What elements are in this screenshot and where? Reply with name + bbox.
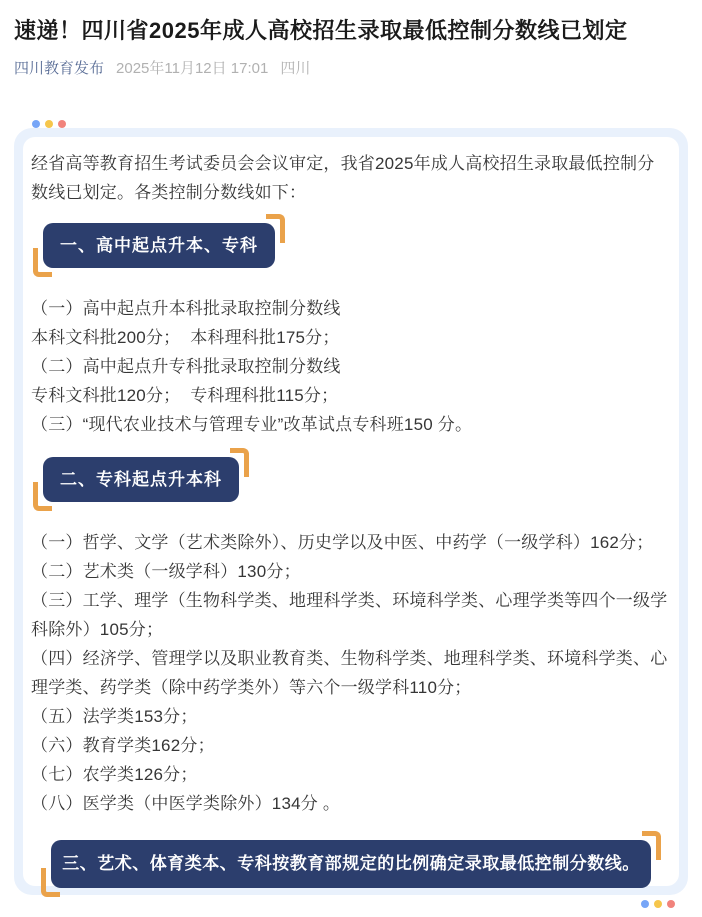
yellow-dot-icon bbox=[45, 120, 53, 128]
section3-banner-label: 三、艺术、体育类本、专科按教育部规定的比例确定录取最低控制分数线。 bbox=[51, 840, 651, 888]
section3-banner: 三、艺术、体育类本、专科按教育部规定的比例确定录取最低控制分数线。 bbox=[51, 840, 651, 888]
content-card-inner: 经省高等教育招生考试委员会会议审定，我省2025年成人高校招生录取最低控制分数线… bbox=[23, 137, 679, 886]
red-dot-icon bbox=[58, 120, 66, 128]
section2-heading: 二、专科起点升本科 bbox=[43, 457, 239, 502]
section2-item: （七）农学类126分； bbox=[31, 760, 671, 789]
red-dot-icon bbox=[667, 900, 675, 908]
section2-body: （一）哲学、文学（艺术类除外）、历史学以及中医、中药学（一级学科）162分； （… bbox=[31, 528, 671, 818]
section1-line: 本科文科批200分； 本科理科批175分； bbox=[31, 323, 671, 352]
article-page: 速递！四川省2025年成人高校招生录取最低控制分数线已划定 四川教育发布 202… bbox=[0, 16, 702, 908]
section2-item: （三）工学、理学（生物科学类、地理科学类、环境科学类、心理学类等四个一级学科除外… bbox=[31, 586, 671, 644]
blue-dot-icon bbox=[641, 900, 649, 908]
section2-item: （四）经济学、管理学以及职业教育类、生物科学类、地理科学类、环境科学类、心理学类… bbox=[31, 644, 671, 702]
section2-heading-label: 二、专科起点升本科 bbox=[43, 457, 239, 502]
section2-item: （八）医学类（中医学类除外）134分 。 bbox=[31, 789, 671, 818]
section1-line: 专科文科批120分； 专科理科批115分； bbox=[31, 381, 671, 410]
section2-item: （二）艺术类（一级学科）130分； bbox=[31, 557, 671, 586]
section1-heading-label: 一、高中起点升本、专科 bbox=[43, 223, 275, 268]
section1-body: （一）高中起点升本科批录取控制分数线 本科文科批200分； 本科理科批175分；… bbox=[31, 294, 671, 439]
decor-dots-top bbox=[14, 120, 688, 128]
section1-heading: 一、高中起点升本、专科 bbox=[43, 223, 275, 268]
publish-location: 四川 bbox=[280, 58, 310, 80]
blue-dot-icon bbox=[32, 120, 40, 128]
page-title: 速递！四川省2025年成人高校招生录取最低控制分数线已划定 bbox=[14, 16, 688, 46]
section2-item: （一）哲学、文学（艺术类除外）、历史学以及中医、中药学（一级学科）162分； bbox=[31, 528, 671, 557]
section1-line: （二）高中起点升专科批录取控制分数线 bbox=[31, 352, 671, 381]
account-link[interactable]: 四川教育发布 bbox=[14, 58, 104, 80]
intro-paragraph: 经省高等教育招生考试委员会会议审定，我省2025年成人高校招生录取最低控制分数线… bbox=[31, 149, 671, 207]
section2-item: （五）法学类153分； bbox=[31, 702, 671, 731]
decor-dots-bottom bbox=[14, 900, 688, 908]
content-card: 经省高等教育招生考试委员会会议审定，我省2025年成人高校招生录取最低控制分数线… bbox=[14, 128, 688, 895]
byline: 四川教育发布 2025年11月12日 17:01 四川 bbox=[14, 58, 688, 80]
yellow-dot-icon bbox=[654, 900, 662, 908]
section2-item: （六）教育学类162分； bbox=[31, 731, 671, 760]
publish-datetime: 2025年11月12日 17:01 bbox=[116, 58, 268, 80]
section1-line: （三）“现代农业技术与管理专业”改革试点专科班150 分。 bbox=[31, 410, 671, 439]
section1-line: （一）高中起点升本科批录取控制分数线 bbox=[31, 294, 671, 323]
